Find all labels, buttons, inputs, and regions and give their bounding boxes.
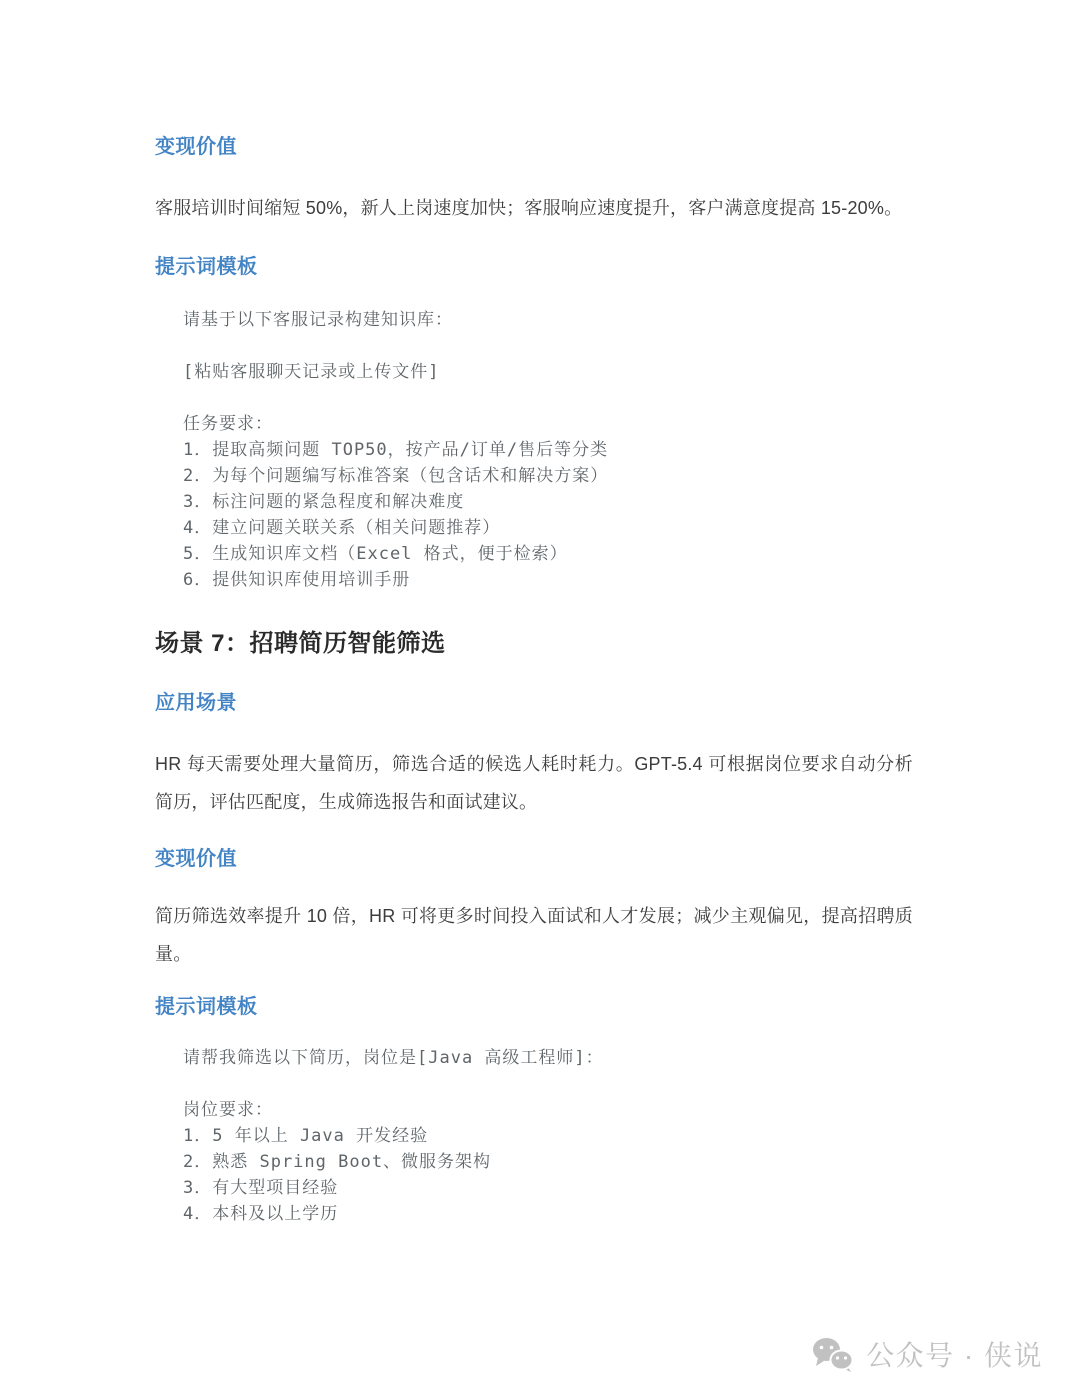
scene-7-title: 场景 7：招聘简历智能筛选 [155, 629, 913, 659]
article-content: 变现价值 客服培训时间缩短 50%，新人上岗速度加快；客服响应速度提升，客户满意… [155, 0, 913, 1227]
monetization-value-text-s7: 简历筛选效率提升 10 倍，HR 可将更多时间投入面试和人才发展；减少主观偏见，… [155, 897, 913, 973]
prompt-template-heading-s6: 提示词模板 [155, 255, 913, 279]
prompt-template-code-s7: 请帮我筛选以下简历，岗位是[Java 高级工程师]： 岗位要求： 1．5 年以上… [183, 1045, 913, 1227]
monetization-value-heading-s7: 变现价值 [155, 847, 913, 871]
article-page: { "colors": { "accent_blue": "#4183c4", … [0, 0, 1080, 1397]
prompt-template-code-s6: 请基于以下客服记录构建知识库： [粘贴客服聊天记录或上传文件] 任务要求： 1．… [183, 307, 913, 593]
wechat-account-label: 公众号 · 侠说 [866, 1334, 1043, 1374]
prompt-template-heading-s7: 提示词模板 [155, 995, 913, 1019]
wechat-watermark: 公众号 · 侠说 [811, 1334, 1043, 1374]
application-scenario-heading-s7: 应用场景 [155, 691, 913, 715]
wechat-icon [811, 1336, 853, 1373]
application-scenario-text-s7: HR 每天需要处理大量简历，筛选合适的候选人耗时耗力。GPT-5.4 可根据岗位… [155, 745, 913, 821]
monetization-value-text-s6: 客服培训时间缩短 50%，新人上岗速度加快；客服响应速度提升，客户满意度提高 1… [155, 189, 913, 227]
monetization-value-heading-s6: 变现价值 [155, 135, 913, 159]
